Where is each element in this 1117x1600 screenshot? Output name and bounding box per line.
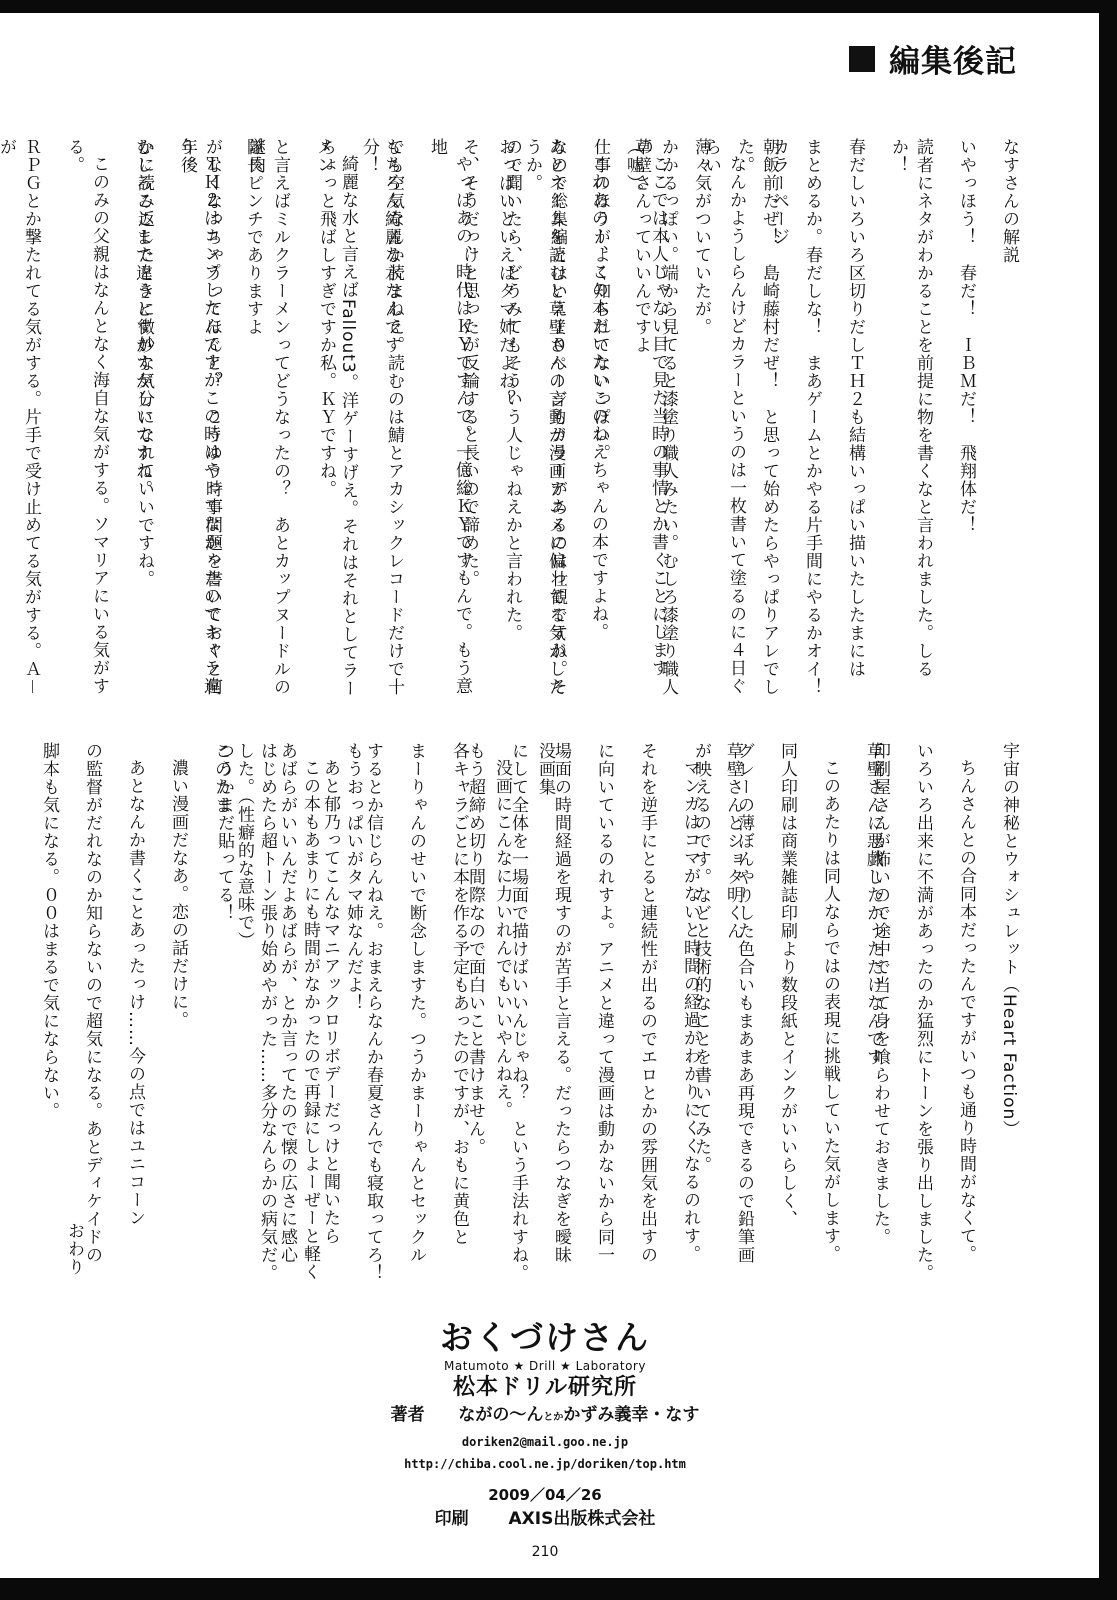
paragraph: 脚本も気になる。００はまるで気にならない。	[36, 742, 61, 1302]
circle-name-english: Matumoto ★ Drill ★ Laboratory	[340, 1358, 750, 1374]
printer-line: 印刷 AXIS出版株式会社	[340, 1507, 750, 1531]
paragraph: 読者にネタがわかることを前提に物を書くなと言われました。しるか！	[885, 138, 935, 708]
author-rest: かずみ義幸・なす	[563, 1405, 699, 1425]
paragraph: はじめたら超トーン張り始めやがった……多分なんらかの病気だ。	[254, 742, 279, 1302]
closing-text: おわり	[62, 1222, 87, 1276]
website-url: http://chiba.cool.ne.jp/doriken/top.htm	[340, 1453, 750, 1475]
author-main: ながの～ん	[458, 1405, 543, 1425]
paragraph: むしろここまで違うとすがすがしいですね。	[129, 138, 154, 708]
paragraph: に向いているのれすよ。アニメと違って漫画は動かないから同一	[591, 742, 616, 1302]
page-border-right	[1099, 0, 1117, 1600]
paragraph: 春だしいろいろ区切りだしＴＨ２も結構いっぱい描いたしたまには	[842, 138, 867, 708]
section-heading: 草壁さんとショタ明くん	[720, 742, 745, 1302]
section-heading: 草壁さんっていいんですよ	[628, 138, 653, 708]
section-heading: カラーページ	[766, 138, 791, 708]
printer-name: AXIS出版株式会社	[509, 1509, 656, 1529]
colophon: おくづけさん Matumoto ★ Drill ★ Laboratory 松本ド…	[340, 1318, 750, 1563]
section-heading: 没画集	[532, 742, 557, 1302]
section-heading: このたま	[208, 742, 233, 1302]
paragraph: ＴＨ２はコンプしたんですがこの時はやってなかったのでキャラ違う。	[172, 138, 222, 708]
paragraph: まーりゃんのせいで断念しますた。つうかまーりゃんとセックル	[403, 742, 428, 1302]
section-heading: 隊長ピンチでありますよ	[240, 138, 265, 708]
paragraph: あとなんか書くことあったっけ……今の点ではユニコーン	[122, 742, 147, 1302]
paragraph: やっぱあの、時代はＫＹですんで。一億総ＫＹですもんで。もう意地	[424, 138, 474, 708]
paragraph: いやっほう！ 春だ！ ＩＢＭだ！ 飛翔体だ！	[953, 138, 978, 708]
section-heading: 宇宙の神秘とウォシュレット（Heart Faction）	[996, 742, 1021, 1302]
paragraph: なんかようしらんけどカラーというのは一枚書いて塗るのに４日ぐらい	[698, 138, 748, 708]
printer-label: 印刷	[435, 1509, 469, 1529]
section-heading: もうおっぱいがタマ姉なんだよ！	[340, 742, 365, 1302]
paragraph: ＲＰＧとか撃たれてる気がする。片手で受け止めてる気がする。Ａ－が	[0, 138, 43, 708]
page-border-bottom	[0, 1578, 1117, 1600]
publication-date: 2009／04／26	[340, 1483, 750, 1507]
page-border-top	[0, 0, 1117, 13]
paragraph: このあたりは同人ならではの表現に挑戦していた気がします。	[817, 742, 842, 1302]
section-heading: なすさんの解説	[996, 138, 1021, 708]
paragraph: いろいろ出来に不満があったのか猛烈にトーンを張り出しました。	[910, 742, 935, 1302]
paragraph: ちんさんとの合同本だったんですがいつも通り時間がなくて。	[953, 742, 978, 1302]
section-heading: 草壁さんに悪戯したかっただけなんです	[860, 742, 885, 1302]
paragraph: 各キャラごとに本を作る予定もあったのですが、おもに黄色と	[446, 742, 471, 1302]
square-bullet-icon	[849, 46, 875, 72]
section-heading: おっぱいといえばタマ姉だよね？	[492, 138, 517, 708]
paragraph: これあのー、この本だいたいこのねえちゃんの本ですよね。	[585, 138, 610, 708]
section-konotama: このたま 濃い漫画だなあ。恋の話だけに。 あとなんか書くことあったっけ……今の点…	[18, 742, 233, 1302]
author-line: 著者 ながの～んとかかずみ義幸・なす	[340, 1402, 750, 1431]
paragraph: あとネームを読むと草壁さんの言動が漫画アニメに偏ってる気がした	[542, 138, 567, 708]
author-conjunction: とか	[543, 1412, 563, 1423]
paragraph: の監督がだれなのか知らないので超気になる。あとディケイドの	[79, 742, 104, 1302]
author-label: 著者	[391, 1405, 425, 1425]
page-title: 編集後記	[849, 36, 1017, 81]
paragraph: 没画にこんなに力いれんでもいいやんねえ。	[489, 742, 514, 1302]
section-captain-pinch: 隊長ピンチでありますよ ＴＨ２はコンプしたんですがこの時はやってなかったのでキャ…	[0, 138, 265, 708]
section-heading: もちろん綺麗な水なんです	[378, 138, 403, 708]
page-number: 210	[340, 1541, 750, 1563]
paragraph: まとめるか。春だしな！ まあゲームとかやる片手間にやるかオイ！	[799, 138, 824, 708]
paragraph: マンガはコマがないと時間の経過がわかりにくくなるのれす。	[677, 742, 702, 1302]
paragraph: 同人印刷は商業雑誌印刷より数段紙とインクがいいらしく、	[774, 742, 799, 1302]
colophon-title: おくづけさん	[340, 1318, 750, 1358]
contact-email: doriken2@mail.goo.ne.jp	[340, 1431, 750, 1453]
paragraph: それを逆手にとると連続性が出るのでエロとかの雰囲気を出すの	[634, 742, 659, 1302]
paragraph: この本もあまりにも時間がなかったので再録にしよーぜーと軽く	[297, 742, 322, 1302]
circle-name-japanese: 松本ドリル研究所	[340, 1374, 750, 1402]
page-title-text: 編集後記	[889, 36, 1017, 81]
paragraph: このみの父親はなんとなく海自な気がする。ソマリアにいる気がする。	[61, 138, 111, 708]
paragraph: 濃い漫画だなあ。恋の話だけに。	[165, 742, 190, 1302]
paragraph: 綺麗な水と言えばFallout3。洋ゲーすげえ。それはそれとしてラーメン	[310, 138, 360, 708]
